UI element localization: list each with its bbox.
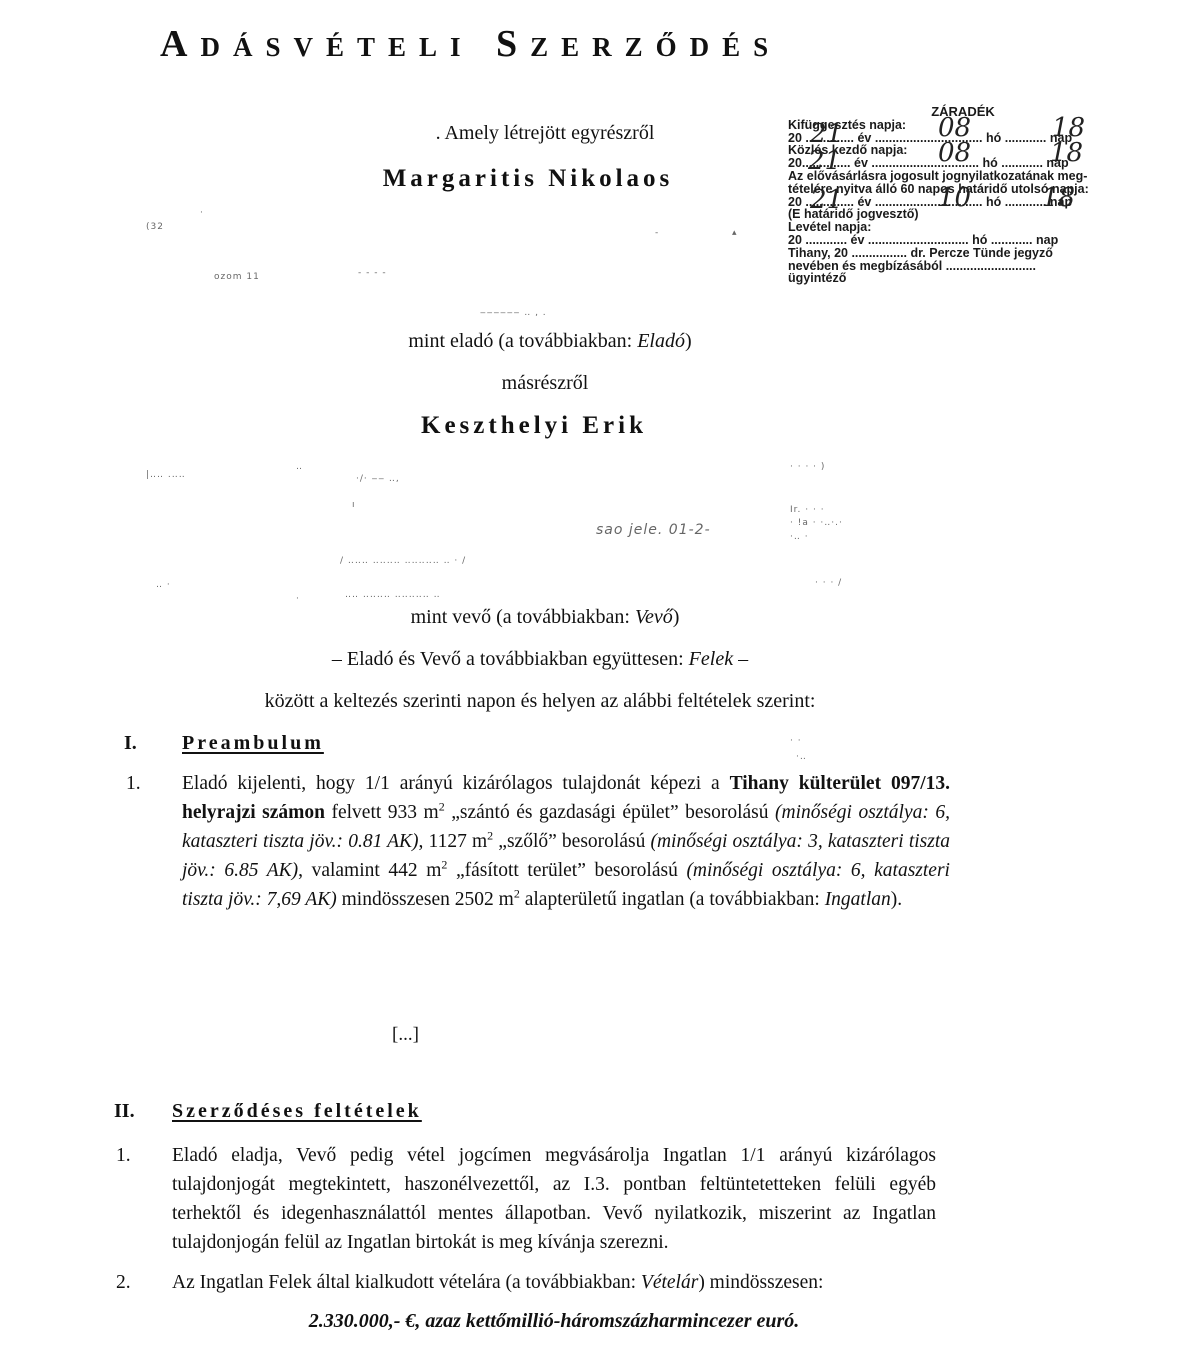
handwritten-posting-month: 08 [938,118,971,138]
handwritten-deadline-day: 18 [1042,188,1075,208]
document-title: Adásvételi Szerződés [160,22,900,66]
purchase-price: 2.330.000,- €, azaz kettőmillió-háromszá… [172,1310,936,1333]
redacted-fragment: (32 [146,222,164,232]
seller-role: mint eladó (a továbbiakban: Eladó) [270,330,830,353]
seller-role-prefix: mint eladó (a továbbiakban: [408,330,637,352]
section-title-preambulum: Preambulum [182,732,324,755]
redacted-mark: · [200,208,204,218]
redacted-mark: ‥ [296,462,303,472]
buyer-role-prefix: mint vevő (a továbbiakban: [411,606,635,628]
section-number: II. [114,1100,135,1123]
parties-together: – Eladó és Vevő a továbbiakban együttese… [260,648,820,671]
redacted-mark: · [296,594,300,604]
conditions-item-2: Az Ingatlan Felek által kialkudott vétel… [172,1268,936,1297]
stamp-line: 20 ............ év .....................… [788,234,1118,247]
buyer-role-term: Vevő [635,606,673,628]
conditions-item-1: Eladó eladja, Vevő pedig vétel jogcímen … [172,1141,936,1257]
redacted-mark: ‒‒‒‒‒‒ ‥ , . [480,308,547,318]
redacted-mark: ·‥ · [790,532,809,542]
handwritten-posting-day: 18 [1052,118,1085,138]
section-title-conditions: Szerződéses feltételek [172,1100,422,1123]
parties-together-suffix: – [733,648,748,670]
redacted-mark: ı [352,500,356,510]
seller-role-term: Eladó [637,330,685,352]
redacted-mark: ‥ · [156,580,171,590]
item-number: 1. [116,1141,131,1170]
intro-text: . Amely létrejött egyrészről [265,122,825,145]
item-number: 2. [116,1268,131,1297]
parties-together-prefix: – Eladó és Vevő a továbbiakban együttese… [332,648,689,670]
redacted-mark: · · [790,736,802,746]
notice-stamp: ZÁRADÉK Kifüggesztés napja: 20 .........… [788,106,1118,285]
handwritten-deadline-month: 10 [938,188,971,208]
handwritten-notice-month: 08 [938,143,971,163]
redacted-mark: ·‥ [796,752,807,762]
redacted-mark: |‥‥ .‥‥ [146,470,186,480]
conditions-intro: között a keltezés szerinti napon és hely… [200,690,880,713]
redacted-fragment: ozom 11 [214,272,260,282]
handwritten-notice-day: 18 [1050,143,1083,163]
omitted-text-ellipsis: [...] [392,1024,419,1046]
redacted-mark: ▴ [732,228,738,238]
item-number: 1. [126,769,141,798]
redacted-mark: - - - - [358,268,387,278]
redacted-mark: · !a · ·‥·.· [790,518,843,528]
stamp-line: ügyintéző [788,272,1118,285]
seller-role-suffix: ) [685,330,692,352]
redacted-mark: · · · / [815,578,842,588]
preamble-item-1: Eladó kijelenti, hogy 1/1 arányú kizáról… [182,769,950,914]
redacted-mark: Ir. · · · [790,505,825,515]
section-number: I. [124,732,137,755]
redacted-mark: · · · · ) [790,462,825,472]
redacted-fragment: sao jele. 01-2- [596,522,711,538]
handwritten-posting-year: 21 [810,124,843,144]
redacted-mark: / ‥‥‥ ‥‥‥‥ ‥‥‥‥‥ ‥ · / [340,556,466,566]
buyer-role: mint vevő (a továbbiakban: Vevő) [265,606,825,629]
buyer-role-suffix: ) [673,606,680,628]
redacted-mark: ·/· ‒‒ ‥, [356,474,400,484]
other-side-text: másrészről [265,372,825,395]
parties-together-term: Felek [689,648,733,670]
stamp-line: Az elővásárlásra jogosult jognyilatkozat… [788,170,1118,183]
redacted-mark: ‥‥ ‥‥‥‥ ‥‥‥‥‥ ‥ [345,590,441,600]
stamp-line: Tihany, 20 ................ dr. Percze T… [788,247,1118,260]
buyer-name: Keszthelyi Erik [254,412,814,440]
redacted-mark: - [655,228,659,238]
seller-name: Margaritis Nikolaos [248,165,808,193]
